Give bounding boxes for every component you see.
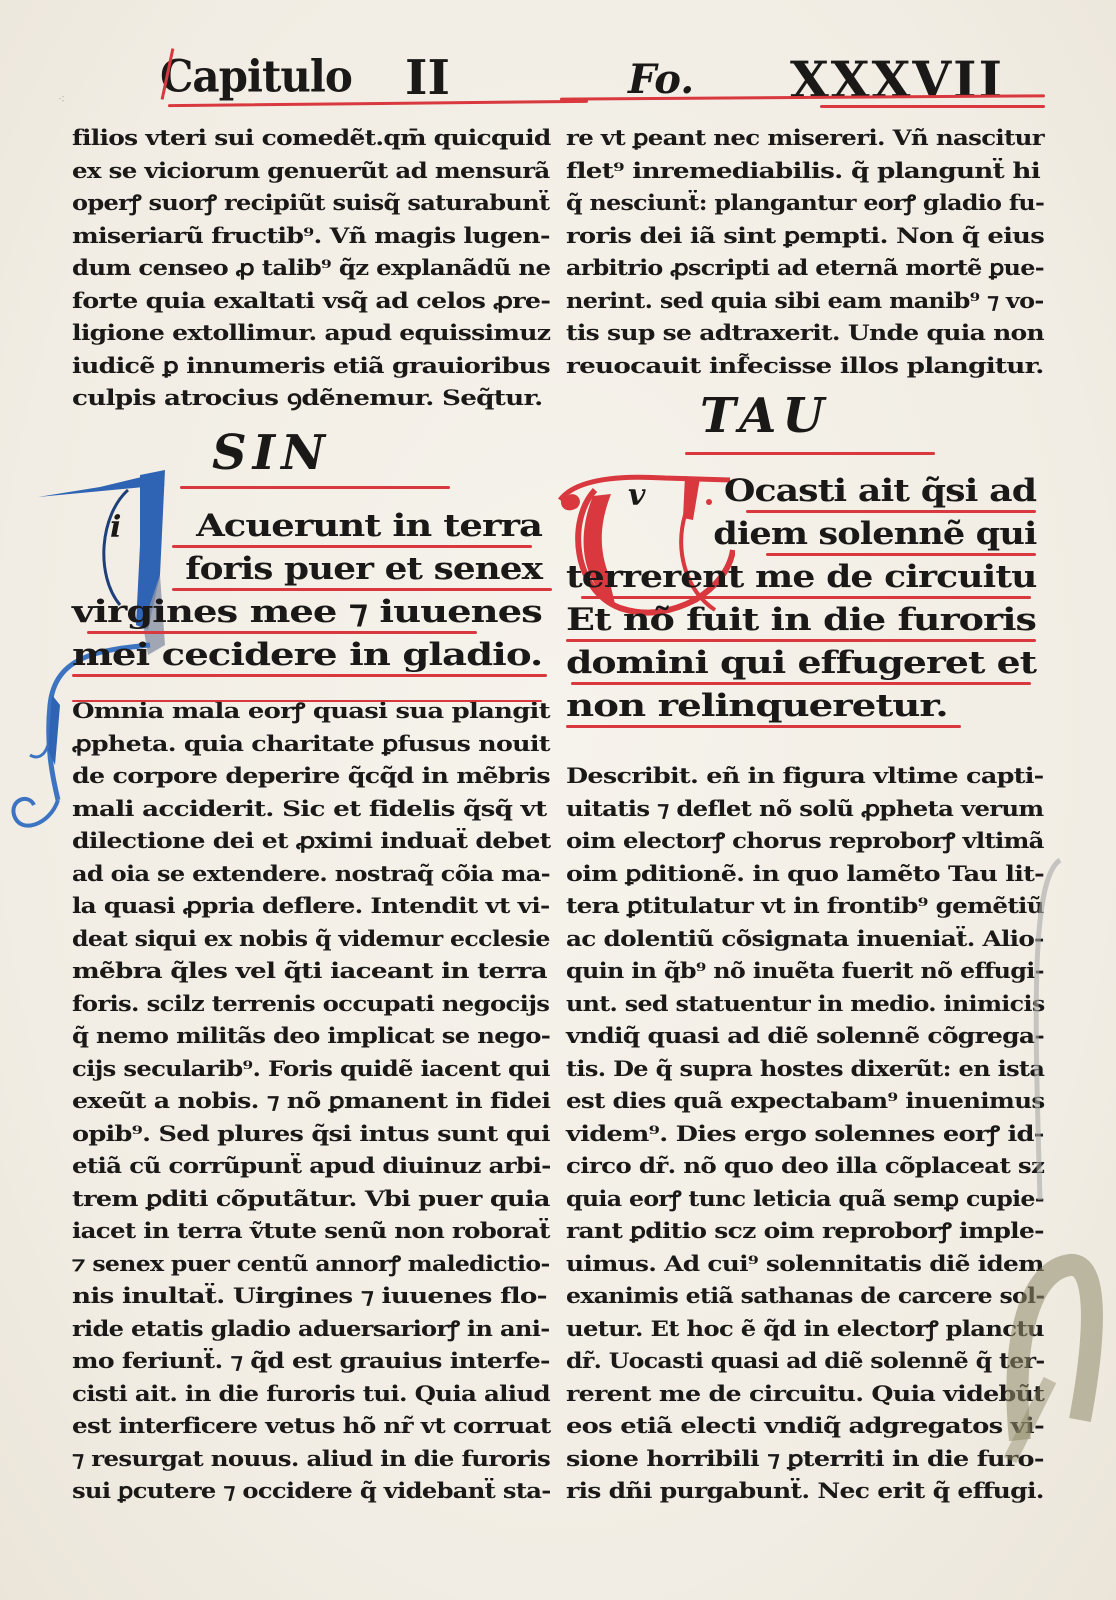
verse-text: non relinqueretur.	[566, 685, 1116, 728]
text-line: sui ꝑcutere ⁊ occidere q̃ videbanẗ sta-	[72, 1475, 625, 1508]
section-heading-tau: TAU	[700, 388, 830, 444]
text-line: est interficere vetus hõ nr̃ vt corruat	[72, 1410, 635, 1443]
text-line: q̃ nemo militãs deo implicat se nego-	[72, 1020, 627, 1053]
text-line: cijs secularib⁹. Foris quidẽ iacent qui	[72, 1053, 626, 1086]
text-line: flet⁹ inremediabilis. q̃ plangunẗ hi	[566, 155, 1116, 188]
left-commentary: Omnia mala eorꝭ quasi sua plangit ꝓpheta…	[72, 695, 552, 1508]
header-rule-right-2	[820, 105, 1045, 108]
chapter-label: Capitulo	[160, 51, 352, 102]
text-line: ride etatis gladio aduersariorꝭ in ani-	[72, 1313, 624, 1346]
text-line: operꝭ suorꝭ recipiũt suisq̃ saturabunẗ	[72, 187, 549, 220]
text-line: forte quia exaltati vsq̃ ad celos ꝓre-	[72, 285, 576, 318]
offset-stain	[860, 820, 1116, 1520]
text-line: ⁊ senex puer centũ annorꝭ maledictio-	[72, 1248, 611, 1281]
text-line: filios vteri sui comedẽt.qm̄ quicquid	[72, 122, 566, 155]
verse-line: diem solennẽ qui	[566, 513, 1046, 556]
text-line: ⁊ resurgat nouus. aliud in die furoris	[72, 1443, 632, 1476]
heading-rule-tau	[685, 452, 935, 455]
verse-line: foris puer et senex	[72, 548, 552, 591]
text-line: q̃ nesciunẗ: plangantur eorꝭ gladio fu-	[566, 187, 1108, 220]
chapter-number: II	[405, 50, 450, 106]
text-line: dum censeo ꝓ talib⁹ q̃z explanãdũ ne	[72, 252, 557, 285]
commentary-start-rule-left	[72, 700, 542, 702]
verse-line: Ocasti ait q̃si ad	[566, 470, 1046, 513]
verse-line: mei cecidere in gladio.	[72, 634, 552, 677]
text-line: arbitrio ꝓscripti ad eternã mortẽ ꝑue-	[566, 252, 1110, 285]
verse-line: domini qui effugeret et	[566, 642, 1046, 685]
margin-smudge: ⁖	[58, 92, 65, 106]
verse-underline	[566, 725, 961, 728]
text-line: ex se viciorum genuerũt ad mensurã	[72, 155, 558, 188]
text-line: culpis atrocius ꝯdẽnemur. Seq̃tur.	[72, 382, 593, 415]
text-line: la quasi ꝓpria deflere. Intendit vt vi-	[72, 890, 637, 923]
text-line: re vt ꝑeant nec misereri. Vñ nascitur	[566, 122, 1116, 155]
text-line: roris dei iã sint ꝑempti. Non q̃ eius	[566, 220, 1116, 253]
text-line: ꝓpheta. quia charitate ꝑfusus nouit	[72, 728, 651, 761]
text-line: etiã cũ corrũpunẗ apud diuinuz arbi-	[72, 1150, 633, 1183]
text-line: iacet in terra ṽtute senũ non roboraẗ	[72, 1215, 632, 1248]
left-verse: Acuerunt in terra foris puer et senex vi…	[72, 505, 552, 677]
verse-text: domini qui effugeret et	[566, 642, 1116, 685]
verse-text: terrerent me de circuitu	[566, 556, 1116, 599]
text-line: foris. scilz terrenis occupati negocijs	[72, 988, 629, 1021]
text-line: mo feriunẗ. ⁊ q̃d est grauius interfe-	[72, 1345, 646, 1378]
text-line: reuocauit inf̃ecisse illos plangitur.	[566, 350, 1116, 383]
text-line: dilectione dei et ꝓximi induaẗ debet	[72, 825, 646, 858]
text-line: nerint. sed quia sibi eam manib⁹ ⁊ vo-	[566, 285, 1112, 318]
text-line: ligione extollimur. apud equissimuz	[72, 317, 570, 350]
verse-line: Et nõ fuit in die furoris	[566, 599, 1046, 642]
text-line: iudicẽ ꝑ innumeris etiã grauioribus	[72, 350, 575, 383]
verse-line: virgines mee ⁊ iuuenes	[72, 591, 552, 634]
text-line: Describit. eñ in figura vltime capti-	[566, 760, 1116, 793]
section-heading-sin: SIN	[212, 425, 331, 481]
text-line: de corpore deperire q̃cq̃d in mẽbris	[72, 760, 651, 793]
right-top-text: re vt ꝑeant nec misereri. Vñ nascitur fl…	[566, 122, 1046, 382]
text-line: miseriarũ fructib⁹. Vñ magis lugen-	[72, 220, 574, 253]
verse-text: diem solennẽ qui	[566, 513, 1110, 556]
verse-line: terrerent me de circuitu	[566, 556, 1046, 599]
manuscript-page: ⁖ Capitulo II Fo. XXXVII filios vteri su…	[0, 0, 1116, 1600]
running-header: Capitulo II Fo. XXXVII	[150, 50, 1060, 110]
verse-line: non relinqueretur.	[566, 685, 1046, 728]
text-line: ad oia se extendere. nostraq̃ cõia ma-	[72, 858, 621, 891]
left-top-text: filios vteri sui comedẽt.qm̄ quicquid ex…	[72, 122, 489, 415]
text-line: cisti ait. in die furoris tui. Quia aliu…	[72, 1378, 632, 1411]
verse-text: Ocasti ait q̃si ad	[566, 470, 1116, 513]
verse-underline	[72, 674, 547, 677]
verse-text: foris puer et senex	[72, 548, 626, 591]
text-line: deat siqui ex nobis q̃ videmur ecclesie	[72, 923, 612, 956]
verse-text: Et nõ fuit in die furoris	[566, 599, 1116, 642]
folio-number: XXXVII	[790, 50, 1004, 109]
right-verse: Ocasti ait q̃si ad diem solennẽ qui terr…	[566, 470, 1046, 728]
verse-line: Acuerunt in terra	[72, 505, 552, 548]
heading-rule-sin	[180, 486, 450, 489]
text-line: tis sup se adtraxerit. Unde quia non	[566, 317, 1116, 350]
text-line: exeũt a nobis. ⁊ nõ ꝑmanent in fidei	[72, 1085, 650, 1118]
